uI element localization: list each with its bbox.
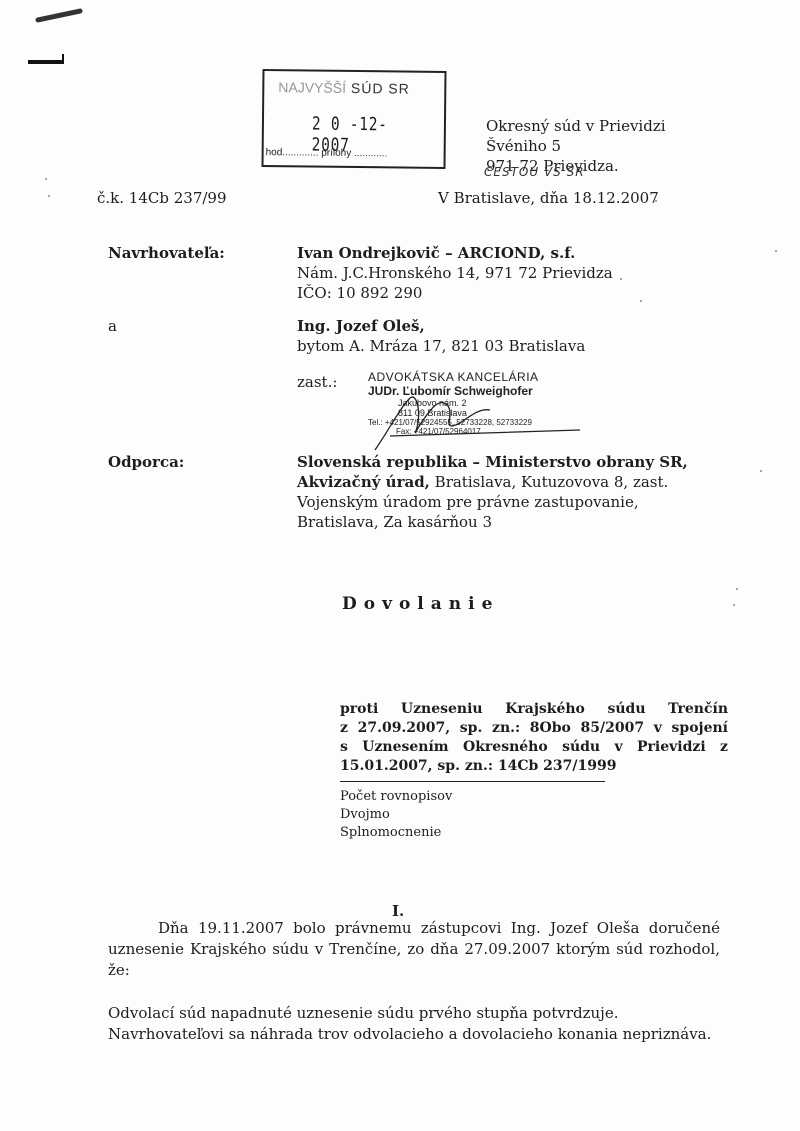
court-decision: Odvolací súd napadnuté uznesenie súdu pr…: [108, 1003, 720, 1045]
stamp-header: NAJVYŠŠÍ SÚD SR: [278, 79, 410, 96]
respondent: Slovenská republika – Ministerstvo obran…: [297, 452, 737, 532]
stamp-header-text: SÚD SR: [351, 80, 410, 97]
petitioner-1: Ivan Ondrejkovič – ARCIOND, s.f. Nám. J.…: [297, 243, 613, 303]
stamp-header-faded: NAJVYŠŠÍ: [278, 79, 346, 96]
place-date: V Bratislave, dňa 18.12.2007: [438, 188, 659, 208]
respondent-name: Slovenská republika – Ministerstvo obran…: [297, 452, 737, 472]
attachment-item: Dvojmo: [340, 806, 452, 824]
respondent-representative-address: Bratislava, Za kasárňou 3: [297, 512, 737, 532]
received-stamp: NAJVYŠŠÍ SÚD SR 2 0 -12- 2007 hod.......…: [261, 69, 446, 169]
paragraph-text: Dňa 19.11.2007 bolo právnemu zástupcovi …: [108, 918, 720, 981]
lawyer-stamp-line: ADVOKÁTSKA KANCELÁRIA: [368, 370, 568, 384]
and-label: a: [108, 316, 117, 336]
margin-mark: [62, 54, 64, 64]
handwritten-note: CESTOU VS SR: [484, 165, 585, 179]
respondent-office: Akvizačný úrad,: [297, 473, 430, 491]
appeal-subject-line: s Uznesením Okresného súdu v Prievidzi z: [340, 738, 728, 757]
decision-line: Navrhovateľovi sa náhrada trov odvolacie…: [108, 1024, 720, 1045]
petitioner-1-address: Nám. J.C.Hronského 14, 971 72 Prievidza: [297, 263, 613, 283]
case-reference: č.k. 14Cb 237/99: [97, 188, 227, 208]
document-title: Dovolanie: [342, 594, 499, 614]
petitioner-1-name: Ivan Ondrejkovič – ARCIOND, s.f.: [297, 243, 613, 263]
appeal-subject-line: proti Uzneseniu Krajského súdu Trenčín: [340, 700, 728, 719]
appeal-subject-line: 15.01.2007, sp. zn.: 14Cb 237/1999: [340, 757, 728, 776]
recipient-line: Okresný súd v Prievidzi: [486, 116, 666, 136]
section-paragraph: Dňa 19.11.2007 bolo právnemu zástupcovi …: [108, 918, 720, 981]
margin-mark: [35, 8, 83, 23]
stamp-footer: hod............. prílohy ............: [266, 147, 388, 159]
petitioner-1-ico: IČO: 10 892 290: [297, 283, 613, 303]
petitioners-label: Navrhovateľa:: [108, 243, 225, 263]
appeal-subject: proti Uzneseniu Krajského súdu Trenčín z…: [340, 700, 728, 776]
respondent-label: Odporca:: [108, 452, 184, 472]
appeal-subject-line: z 27.09.2007, sp. zn.: 8Obo 85/2007 v sp…: [340, 719, 728, 738]
petitioner-2-name: Ing. Jozef Oleš,: [297, 316, 585, 336]
petitioner-2-address: bytom A. Mráza 17, 821 03 Bratislava: [297, 336, 585, 356]
attachment-item: Splnomocnenie: [340, 824, 452, 842]
respondent-address: Bratislava, Kutuzovova 8, zast.: [430, 473, 668, 491]
attachment-item: Počet rovnopisov: [340, 788, 452, 806]
decision-line: Odvolací súd napadnuté uznesenie súdu pr…: [108, 1003, 720, 1024]
divider: [340, 781, 605, 782]
represented-label: zast.:: [297, 372, 337, 392]
signature: [370, 388, 590, 458]
margin-mark: [28, 60, 63, 64]
attachments-list: Počet rovnopisov Dvojmo Splnomocnenie: [340, 788, 452, 842]
recipient-line: Švéniho 5: [486, 136, 666, 156]
respondent-representative: Vojenským úradom pre právne zastupovanie…: [297, 492, 737, 512]
petitioner-2: Ing. Jozef Oleš, bytom A. Mráza 17, 821 …: [297, 316, 585, 356]
